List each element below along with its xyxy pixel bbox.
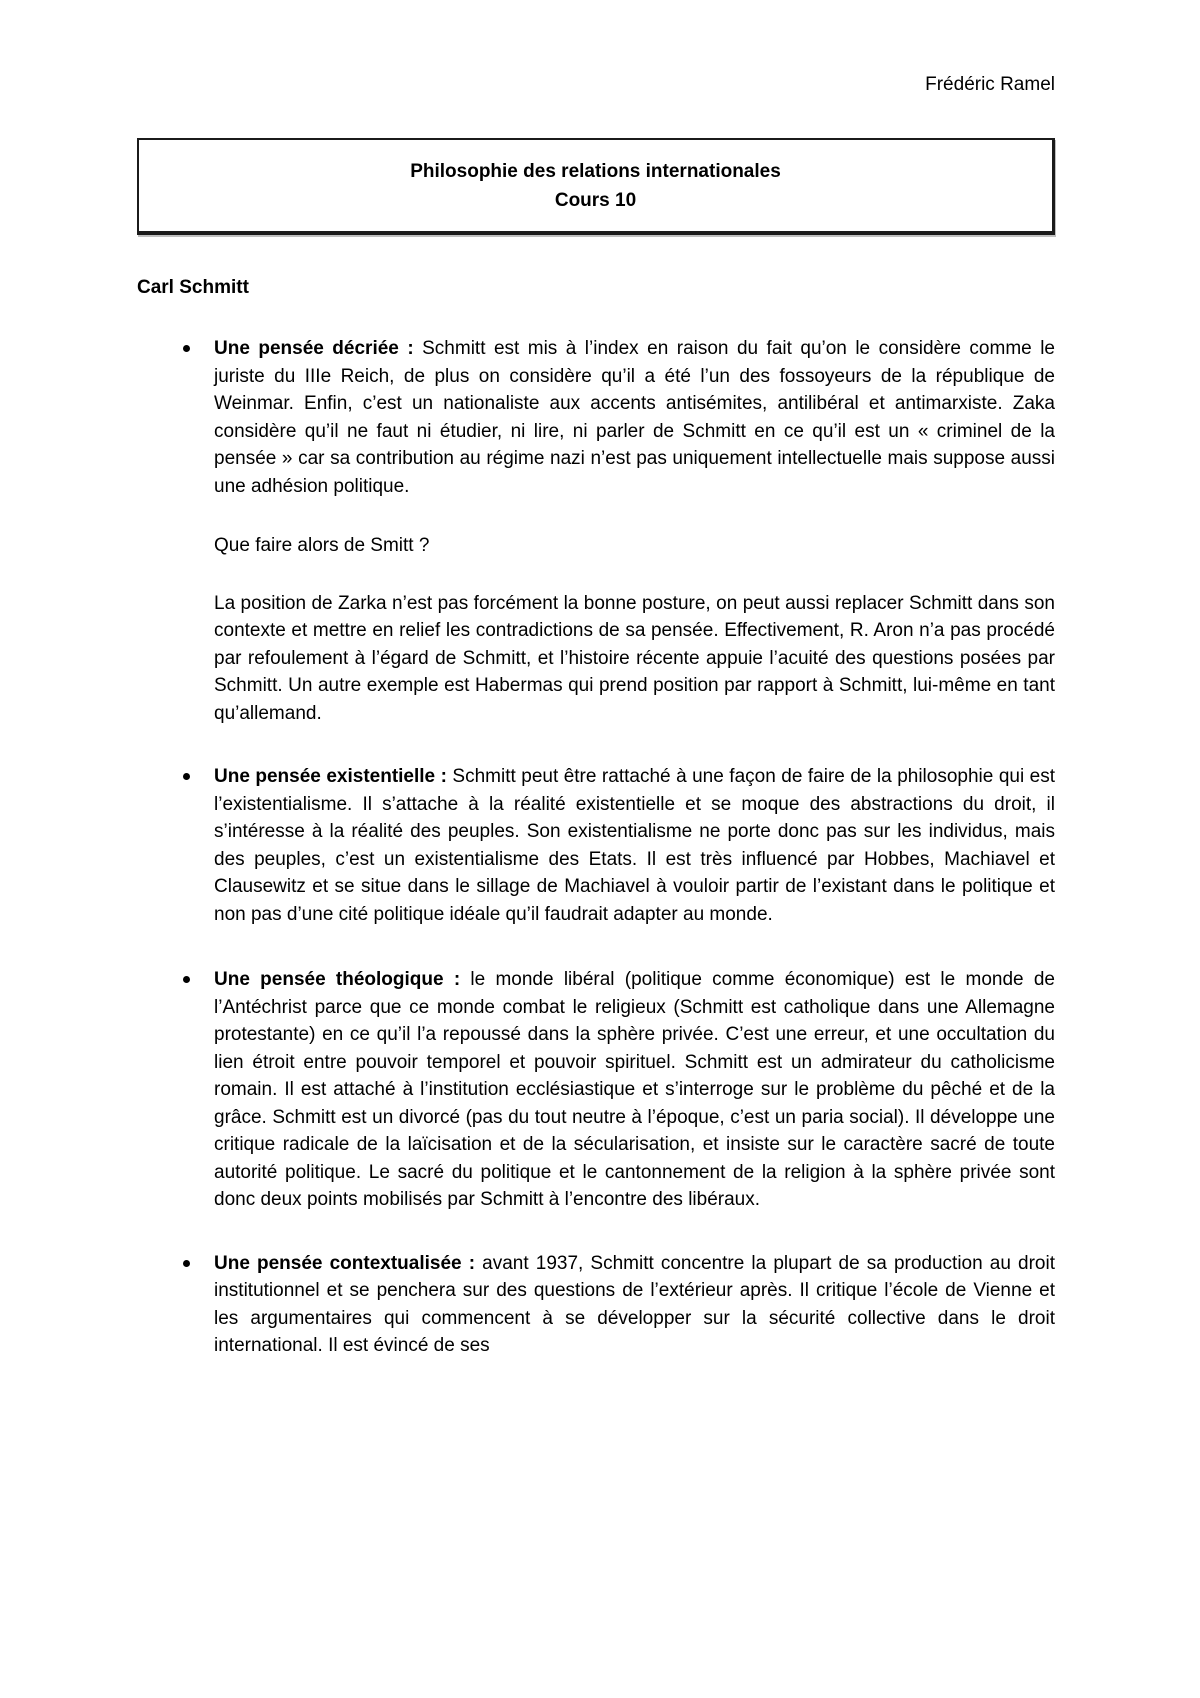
paragraph-zarka-position: La position de Zarka n’est pas forcément…: [214, 590, 1055, 728]
bullet-paragraph: Une pensée décriée : Schmitt est mis à l…: [214, 335, 1055, 500]
section-heading: Carl Schmitt: [137, 275, 1055, 301]
bullet-lead: Une pensée décriée :: [214, 338, 414, 359]
bullet-paragraph: Une pensée contextualisée : avant 1937, …: [214, 1250, 1055, 1360]
bullet-lead: Une pensée existentielle :: [214, 766, 447, 787]
bullet-text: Schmitt peut être rattaché à une façon d…: [214, 766, 1055, 925]
bullet-item-pensee-contextualisee: Une pensée contextualisée : avant 1937, …: [137, 1250, 1055, 1360]
document-title: Philosophie des relations internationale…: [149, 157, 1042, 186]
bullet-item-pensee-theologique: Une pensée théologique : le monde libéra…: [137, 966, 1055, 1214]
bullet-icon: [183, 976, 190, 983]
title-box: Philosophie des relations internationale…: [137, 138, 1055, 235]
bullet-item-pensee-existentielle: Une pensée existentielle : Schmitt peut …: [137, 763, 1055, 928]
bullet-lead: Une pensée contextualisée :: [214, 1253, 475, 1274]
course-number: Cours 10: [149, 186, 1042, 215]
bullet-icon: [183, 773, 190, 780]
author-name: Frédéric Ramel: [137, 72, 1055, 98]
document-page: Frédéric Ramel Philosophie des relations…: [0, 0, 1200, 1698]
bullet-item-pensee-decriee: Une pensée décriée : Schmitt est mis à l…: [137, 335, 1055, 500]
bullet-icon: [183, 1260, 190, 1267]
bullet-icon: [183, 345, 190, 352]
bullet-paragraph: Une pensée existentielle : Schmitt peut …: [214, 763, 1055, 928]
bullet-text: le monde libéral (politique comme économ…: [214, 969, 1055, 1210]
bullet-lead: Une pensée théologique :: [214, 969, 460, 990]
paragraph-question: Que faire alors de Smitt ?: [214, 532, 1055, 560]
bullet-paragraph: Une pensée théologique : le monde libéra…: [214, 966, 1055, 1214]
bullet-text: Schmitt est mis à l’index en raison du f…: [214, 338, 1055, 497]
